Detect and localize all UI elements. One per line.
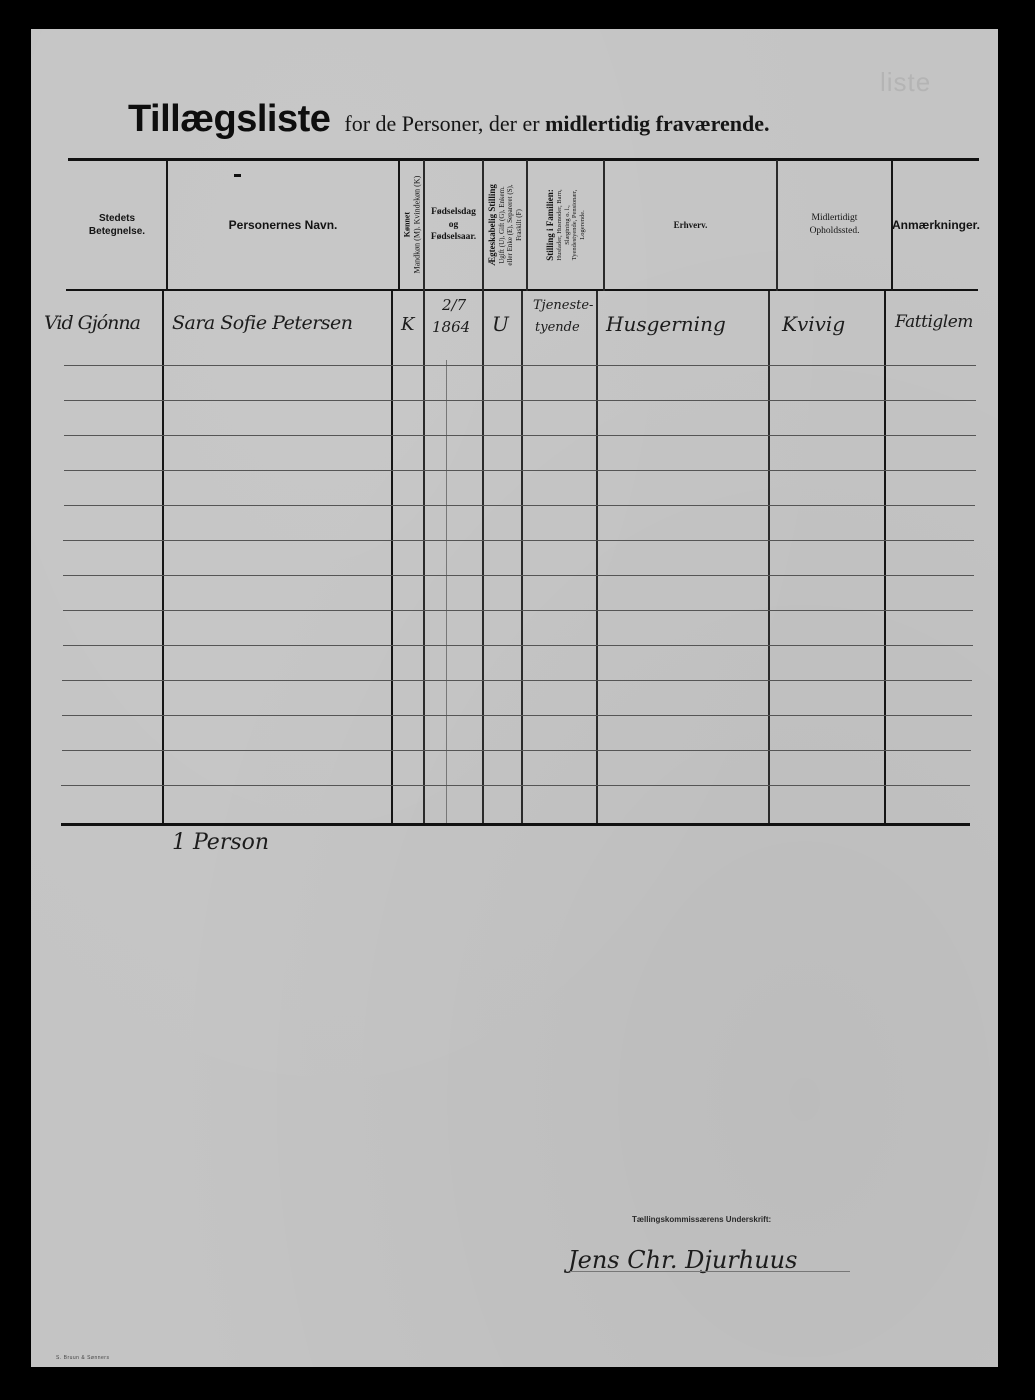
title-subtitle: for de Personer, der er midlertidig frav… <box>344 111 769 136</box>
row-line <box>62 680 972 681</box>
cell-opholdssted: Kvivig <box>782 312 845 336</box>
column-divider <box>162 291 164 823</box>
cell-stedets: Vid Gjónna <box>44 312 140 334</box>
column-divider-faint <box>446 360 447 823</box>
person-count: 1 Person <box>172 830 269 855</box>
row-line <box>62 750 971 751</box>
cell-erhverv: Husgerning <box>606 312 726 336</box>
cell-anmaerkninger: Fattiglem <box>895 312 973 332</box>
row-line <box>64 435 976 436</box>
form-title: Tillægsliste for de Personer, der er mid… <box>128 98 770 141</box>
cell-aegteskab: U <box>492 312 509 336</box>
row-line <box>63 540 974 541</box>
header-erhverv: Erhverv. <box>605 162 776 288</box>
row-line <box>61 785 970 786</box>
title-main: Tillægsliste <box>128 98 330 140</box>
column-divider <box>596 291 598 823</box>
row-line <box>63 610 973 611</box>
column-divider <box>768 291 770 823</box>
row-line <box>63 645 973 646</box>
header-familie: Stilling i Familien: Husfader, Husmoder,… <box>528 162 603 288</box>
header-aegteskab: Ægteskabelig Stilling Ugift (U), Gift (G… <box>484 162 526 288</box>
bleed-through-text: liste <box>880 67 931 98</box>
row-line <box>64 400 976 401</box>
row-line <box>64 505 975 506</box>
printer-mark: S. Bruun & Sønners <box>56 1355 109 1361</box>
header-opholdssted: Midlertidigt Opholdssted. <box>778 162 891 288</box>
column-divider <box>521 291 523 823</box>
row-line <box>64 365 976 366</box>
cell-navn: Sara Sofie Petersen <box>172 312 353 334</box>
header-stedets: Stedets Betegnelse. <box>68 162 166 288</box>
header-kjonnet: KønnetMandkøn (M). Kvindekøn (K) <box>400 162 423 288</box>
signature-line <box>570 1271 850 1272</box>
header-navn: Personernes Navn. <box>168 162 398 288</box>
row-line <box>62 715 972 716</box>
header-fodsel: Fødselsdag og Fødselsaar. <box>425 162 482 288</box>
signature-label: Tællingskommissærens Underskrift: <box>632 1215 771 1224</box>
cell-fodselsaar: 1864 <box>432 318 470 336</box>
row-line <box>64 470 976 471</box>
top-rule <box>68 158 979 161</box>
header-anmaerkninger: Anmærkninger. <box>893 162 979 288</box>
column-divider <box>884 291 886 823</box>
row-line <box>63 575 974 576</box>
cell-kjonnet: K <box>401 314 414 335</box>
cell-familie-line2: tyende <box>535 320 580 335</box>
signature-name: Jens Chr. Djurhuus <box>568 1246 797 1274</box>
bottom-rule <box>61 823 970 826</box>
cell-familie-line1: Tjeneste- <box>533 298 593 313</box>
column-divider <box>391 291 393 823</box>
cell-fodselsdag: 2/7 <box>442 296 466 314</box>
